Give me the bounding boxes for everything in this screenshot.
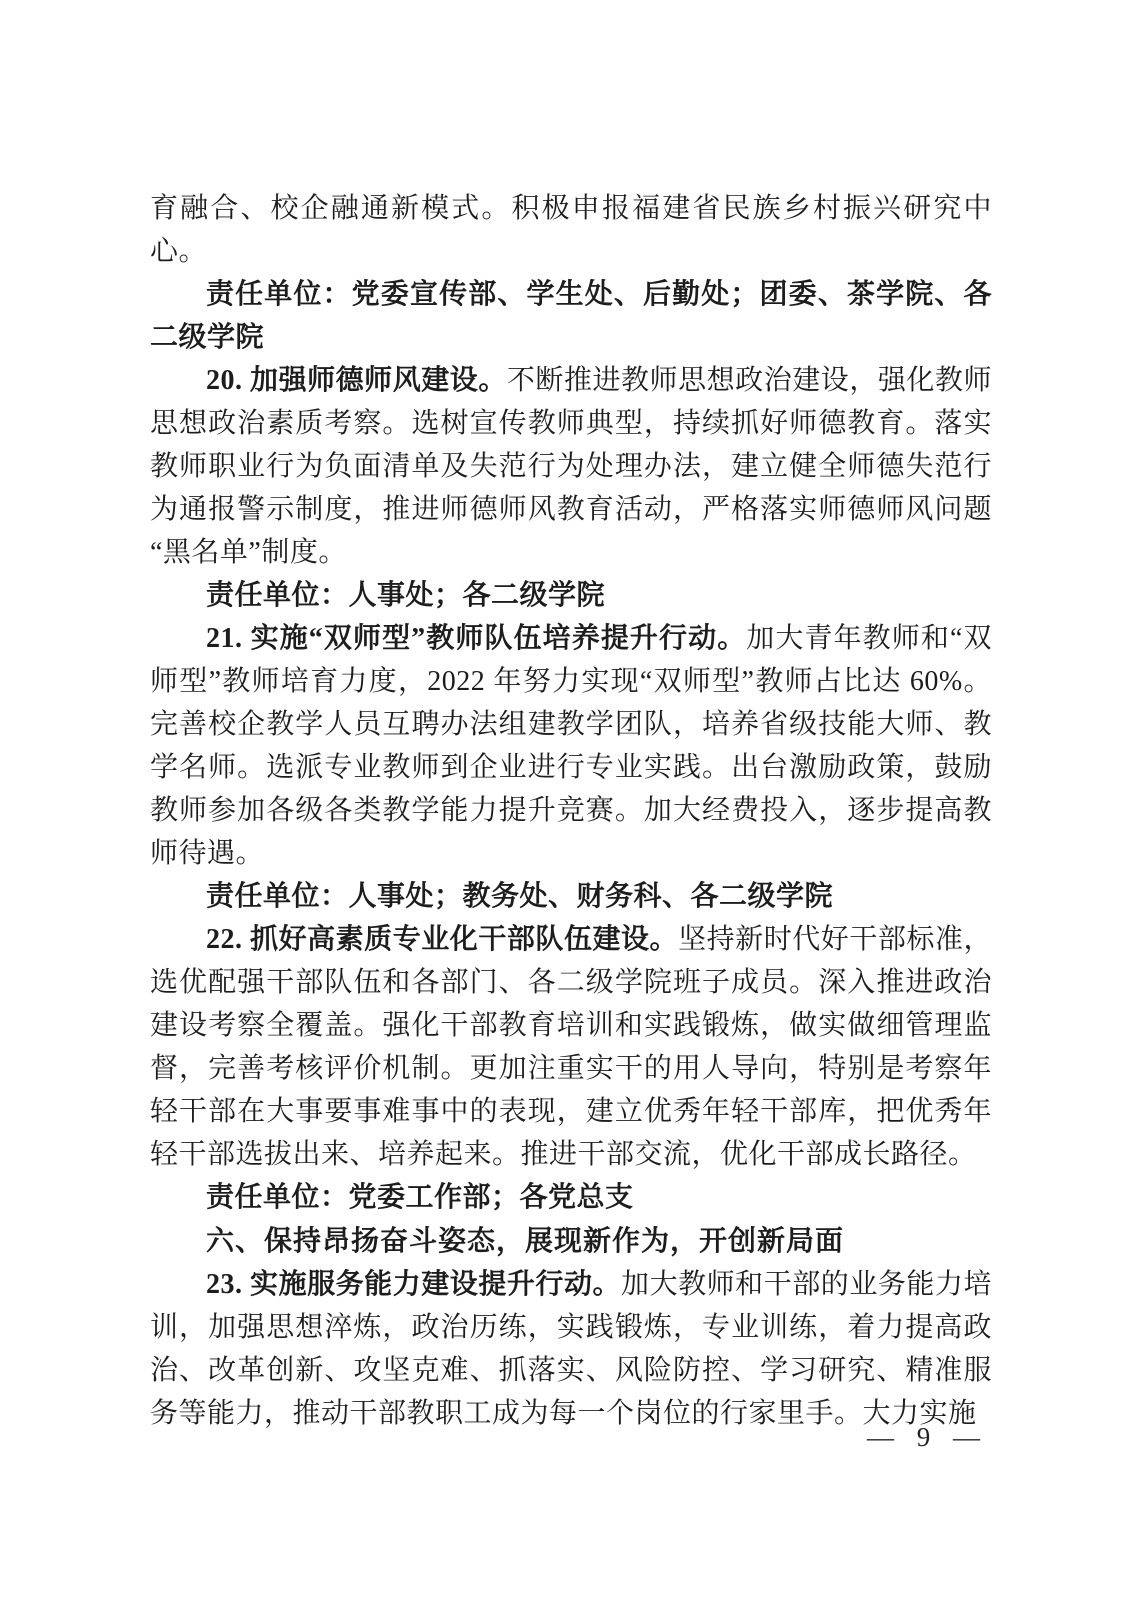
- item-22: 22. 抓好高素质专业化干部队伍建设。坚持新时代好干部标准，选优配强干部队伍和各…: [150, 918, 992, 1176]
- item-20-title: 20. 加强师德师风建设。: [206, 365, 507, 396]
- responsibility-unit-text: 责任单位：人事处；各二级学院: [206, 580, 605, 611]
- item-23: 23. 实施服务能力建设提升行动。加大教师和干部的业务能力培训，加强思想淬炼，政…: [150, 1263, 992, 1435]
- paragraph-continuation-text: 育融合、校企融通新模式。积极申报福建省民族乡村振兴研究中心。: [150, 193, 992, 267]
- item-22-body: 坚持新时代好干部标准，选优配强干部队伍和各部门、各二级学院班子成员。深入推进政治…: [150, 924, 992, 1170]
- section-heading-6: 六、保持昂扬奋斗姿态，展现新作为，开创新局面: [150, 1219, 992, 1263]
- item-22-title: 22. 抓好高素质专业化干部队伍建设。: [206, 924, 678, 955]
- document-page: 育融合、校企融通新模式。积极申报福建省民族乡村振兴研究中心。 责任单位：党委宣传…: [0, 0, 1130, 1600]
- responsibility-unit-22: 责任单位：党委工作部；各党总支: [150, 1176, 992, 1219]
- page-number: — 9 —: [150, 1422, 988, 1453]
- item-20: 20. 加强师德师风建设。不断推进教师思想政治建设，强化教师思想政治素质考察。选…: [150, 359, 992, 574]
- section-heading-6-text: 六、保持昂扬奋斗姿态，展现新作为，开创新局面: [206, 1225, 844, 1256]
- item-21-body: 加大青年教师和“双师型”教师培育力度，2022 年努力实现“双师型”教师占比达 …: [150, 623, 992, 869]
- responsibility-unit-after-19: 责任单位：党委宣传部、学生处、后勤处；团委、茶学院、各二级学院: [150, 273, 992, 359]
- paragraph-continuation: 育融合、校企融通新模式。积极申报福建省民族乡村振兴研究中心。: [150, 187, 992, 273]
- item-21-title: 21. 实施“双师型”教师队伍培养提升行动。: [206, 623, 746, 654]
- responsibility-unit-20: 责任单位：人事处；各二级学院: [150, 574, 992, 617]
- document-text-block: 育融合、校企融通新模式。积极申报福建省民族乡村振兴研究中心。 责任单位：党委宣传…: [150, 187, 992, 1435]
- item-21: 21. 实施“双师型”教师队伍培养提升行动。加大青年教师和“双师型”教师培育力度…: [150, 617, 992, 875]
- responsibility-unit-text: 责任单位：党委工作部；各党总支: [206, 1182, 634, 1213]
- responsibility-unit-21: 责任单位：人事处；教务处、财务科、各二级学院: [150, 875, 992, 918]
- responsibility-unit-text: 责任单位：党委宣传部、学生处、后勤处；团委、茶学院、各二级学院: [150, 279, 992, 353]
- responsibility-unit-text: 责任单位：人事处；教务处、财务科、各二级学院: [206, 881, 833, 912]
- item-23-title: 23. 实施服务能力建设提升行动。: [206, 1269, 621, 1300]
